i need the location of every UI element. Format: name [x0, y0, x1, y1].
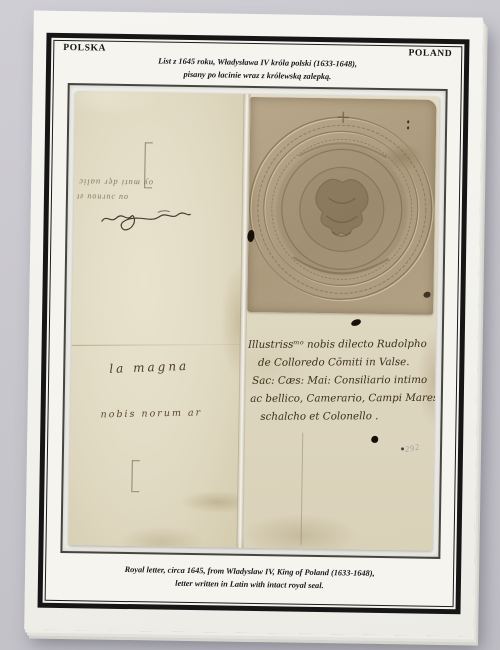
label-poland: POLAND [408, 48, 452, 59]
label-polska: POLSKA [63, 43, 106, 54]
ink-bracket-mark-top [144, 142, 153, 188]
letter-document: oy muti dęr ualic ou ɔurnou ƨt la magna … [68, 91, 439, 551]
ink-smudge [350, 318, 361, 326]
handwriting-la-magna: la magna [109, 359, 189, 376]
letter-left-page: oy muti dęr ualic ou ɔurnou ƨt la magna … [68, 91, 244, 548]
handwriting-nobis-norum: nobis norum ar [100, 407, 202, 420]
frame-inner-area: POLSKA POLAND List z 1645 roku, Władysła… [45, 40, 463, 607]
showthrough-handwriting-line1: oy muti dęr ualic [78, 177, 153, 188]
latin-line-1: Illustrissᵐᵒ nobis dilecto Rudolpho [247, 335, 434, 354]
tiny-dot [407, 126, 410, 129]
letter-photograph: oy muti dęr ualic ou ɔurnou ƨt la magna … [60, 83, 447, 559]
small-ink-dot [401, 447, 404, 450]
latin-line-5: schalcho et Colonello . [248, 407, 435, 426]
album-page-card: POLSKA POLAND List z 1645 roku, Władysła… [24, 11, 483, 637]
ink-blot [371, 436, 378, 443]
letter-right-page: Illustrissᵐᵒ nobis dilecto Rudolpho de C… [243, 94, 439, 551]
bottom-caption: Royal letter, circa 1645, from Wladyslaw… [46, 563, 453, 594]
seal-rings-graphic [247, 97, 436, 315]
top-caption: List z 1645 roku, Władysława IV króla po… [54, 54, 461, 85]
pencil-number: 292 [404, 442, 420, 454]
decorative-frame: POLSKA POLAND List z 1645 roku, Władysła… [38, 33, 470, 615]
signature-flourish [97, 206, 193, 238]
royal-embossed-seal [247, 97, 436, 315]
paper-crease [71, 344, 240, 346]
latin-line-4: ac bellico, Camerario, Campi Mares, [248, 389, 435, 408]
photo-background: POLSKA POLAND List z 1645 roku, Władysła… [0, 0, 500, 650]
latin-line-3: Sac: Cæs: Mai: Consiliario intimo [248, 371, 435, 390]
showthrough-handwriting-line2: ou ɔurnou ƨt [75, 192, 127, 202]
latin-line-2: de Colloredo Cōmiti in Valse. [247, 353, 434, 372]
latin-address-block: Illustrissᵐᵒ nobis dilecto Rudolpho de C… [247, 335, 434, 426]
tiny-dot [407, 120, 410, 123]
paper-crease-vertical [300, 433, 303, 545]
ink-bracket-mark-bottom [131, 460, 140, 492]
